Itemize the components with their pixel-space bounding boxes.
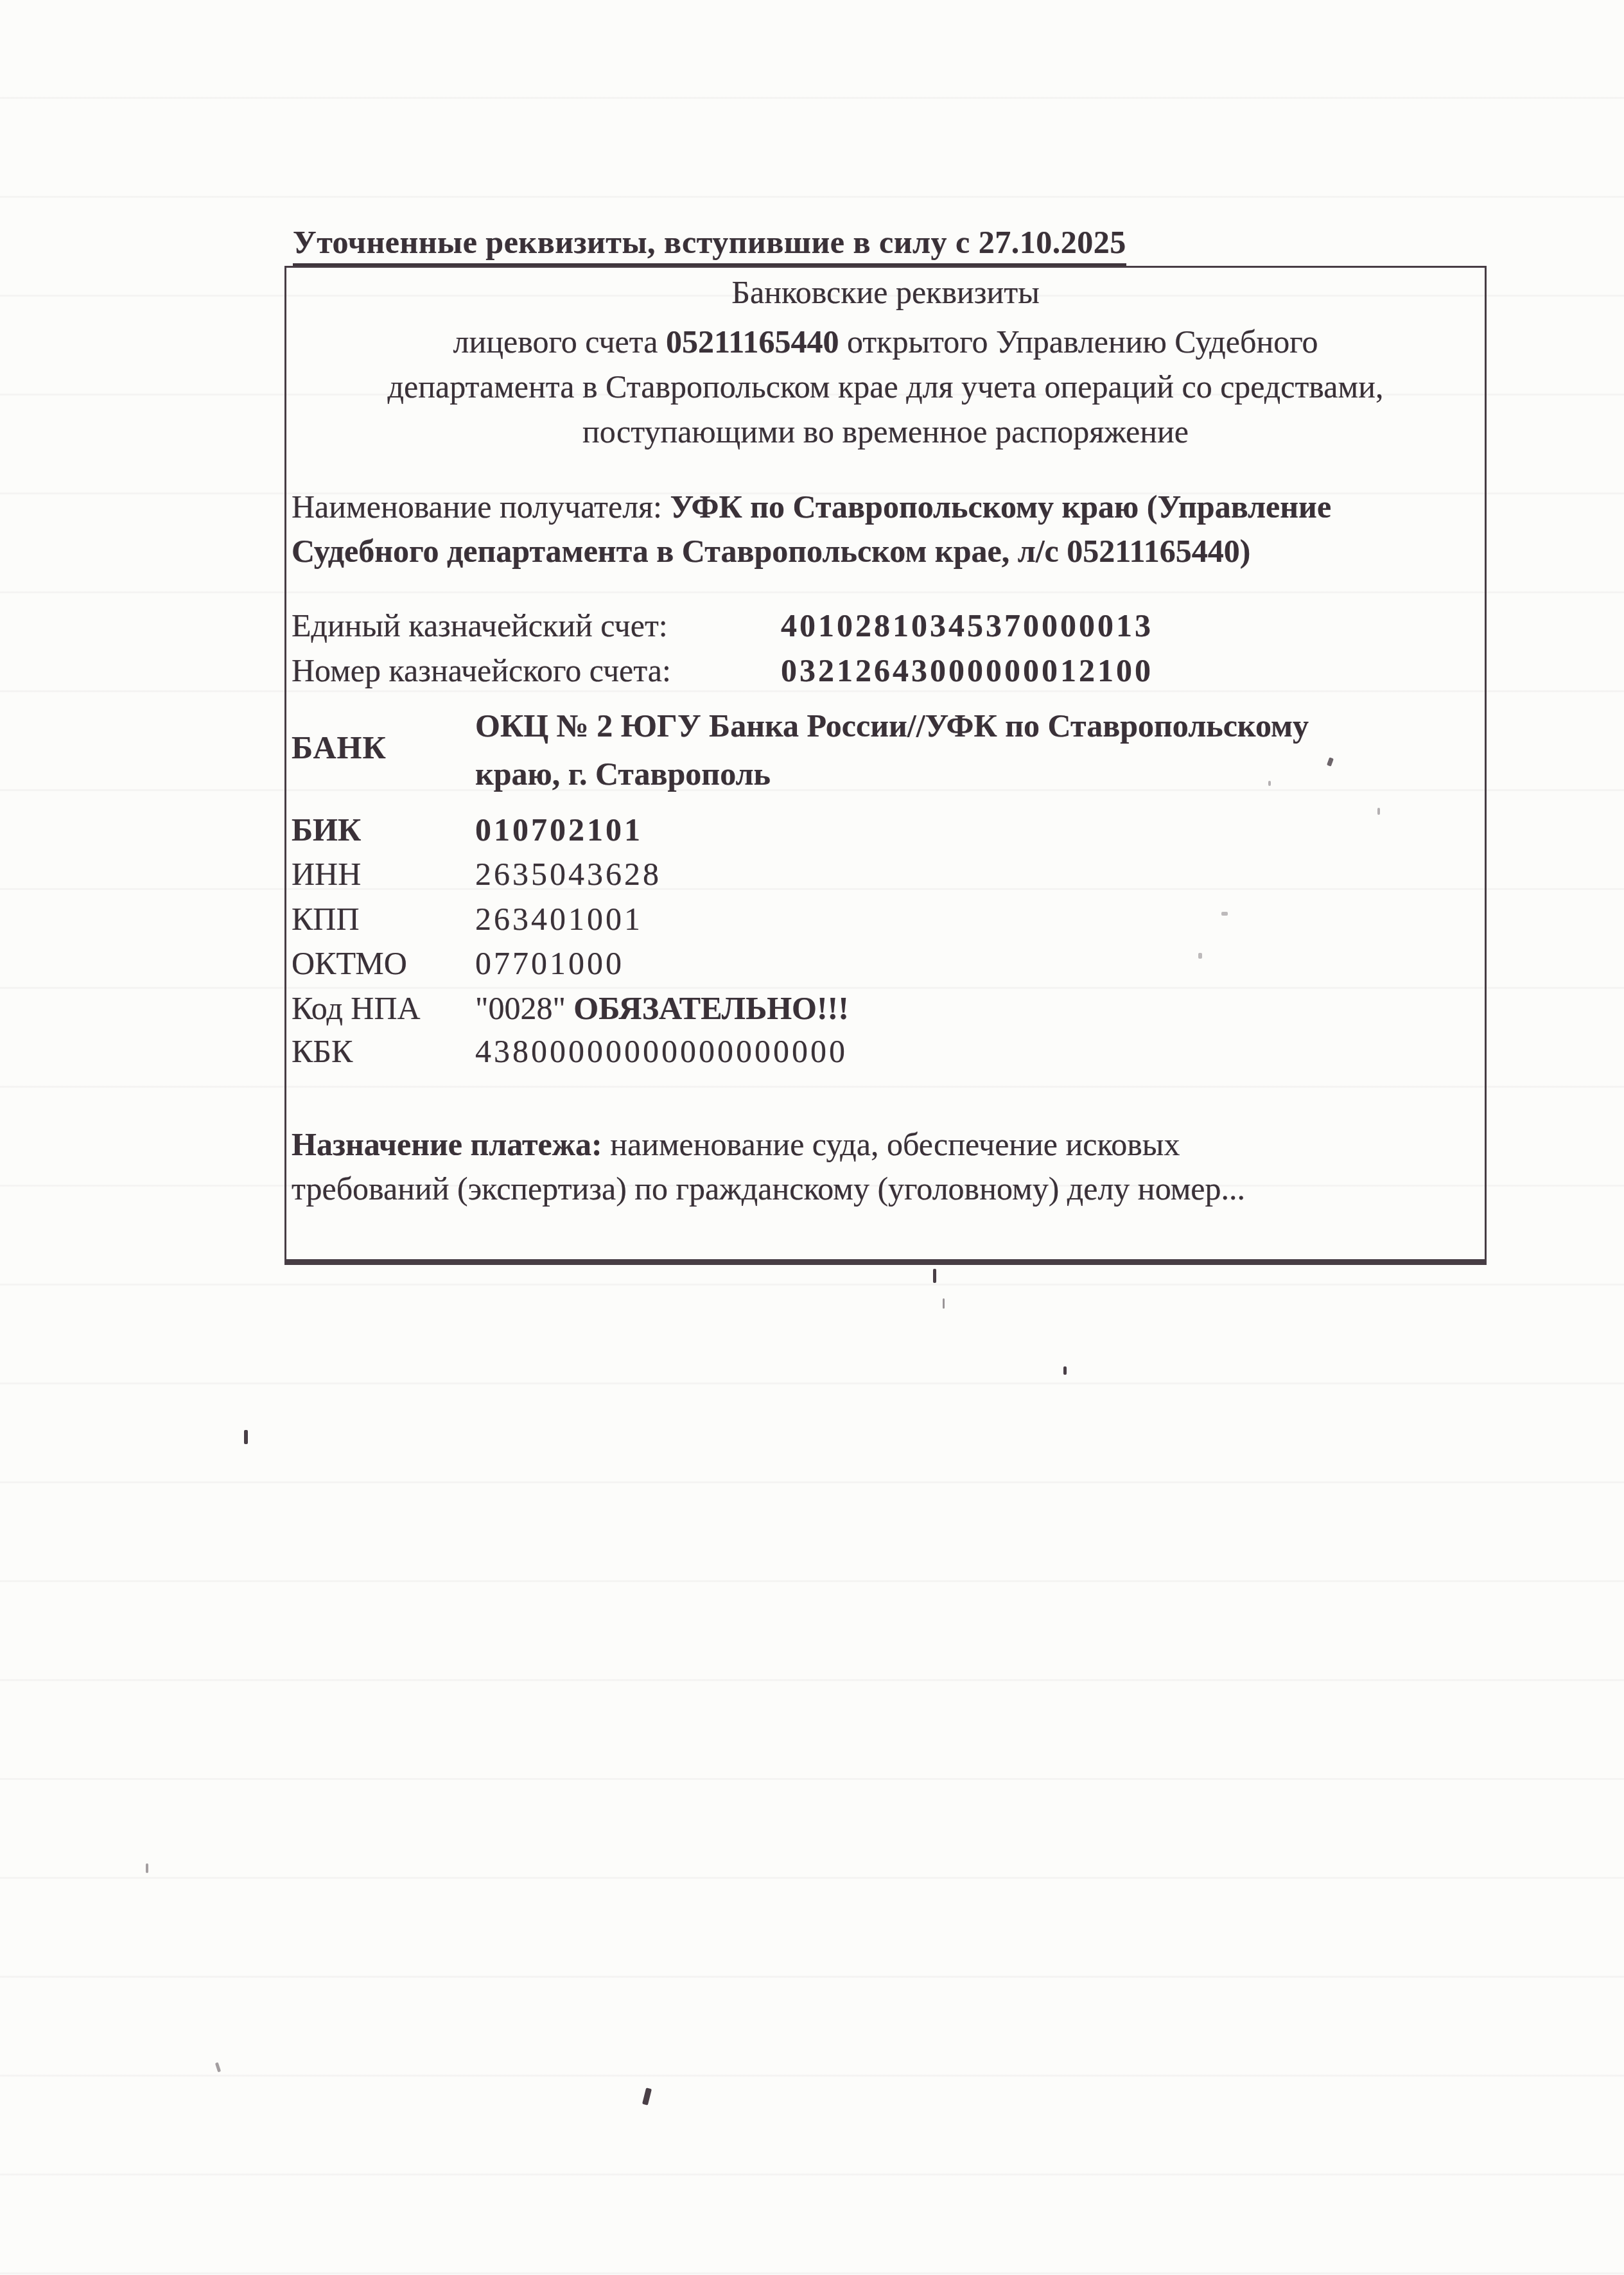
recipient-value-line-1: УФК по Ставропольскому краю (Управление	[670, 489, 1331, 525]
recipient-block: Наименование получателя: УФК по Ставропо…	[292, 485, 1331, 573]
bank-value-line-2: краю, г. Ставрополь	[475, 750, 1309, 798]
scan-speck	[943, 1298, 945, 1309]
recipient-line-1: Наименование получателя: УФК по Ставропо…	[292, 485, 1331, 529]
recipient-label: Наименование получателя:	[292, 489, 670, 525]
intro-line-1: лицевого счета 05211165440 открытого Упр…	[286, 319, 1485, 364]
code-row-inn: ИНН 2635043628	[292, 855, 1478, 893]
scan-speck	[933, 1269, 936, 1283]
intro-paragraph: лицевого счета 05211165440 открытого Упр…	[286, 319, 1485, 454]
treasury-account-row: Номер казначейского счета: 0321264300000…	[292, 652, 1478, 689]
bank-value-line-1: ОКЦ № 2 ЮГУ Банка России//УФК по Ставроп…	[475, 702, 1309, 750]
intro-line-3: поступающими во временное распоряжение	[286, 409, 1485, 454]
code-value: 263401001	[475, 900, 643, 937]
code-row-kpp: КПП 263401001	[292, 900, 1478, 937]
code-value: 07701000	[475, 945, 624, 982]
scan-speck	[244, 1430, 248, 1444]
treasury-account-label: Единый казначейский счет:	[292, 607, 668, 643]
scan-speck	[642, 2088, 652, 2105]
personal-account-number: 05211165440	[666, 324, 839, 360]
code-label: ОКТМО	[292, 945, 407, 981]
document-title-text: Уточненные реквизиты, вступившие в силу …	[293, 223, 1126, 266]
code-row-bik: БИК 010702101	[292, 811, 1478, 848]
code-label: ИНН	[292, 856, 361, 892]
code-row-oktmo: ОКТМО 07701000	[292, 945, 1478, 982]
scanned-document-page: Уточненные реквизиты, вступившие в силу …	[0, 0, 1624, 2275]
treasury-account-label: Номер казначейского счета:	[292, 652, 671, 688]
purpose-line-1: Назначение платежа: наименование суда, о…	[292, 1122, 1245, 1167]
scan-speck	[215, 2062, 221, 2073]
code-label: БИК	[292, 812, 361, 848]
treasury-account-value: 40102810345370000013	[781, 607, 1153, 644]
scan-speck	[146, 1863, 148, 1873]
code-label: КБК	[292, 1033, 353, 1069]
document-title: Уточненные реквизиты, вступившие в силу …	[293, 223, 1126, 266]
recipient-value-line-2: Судебного департамента в Ставропольском …	[292, 529, 1331, 573]
treasury-account-row: Единый казначейский счет: 40102810345370…	[292, 607, 1478, 644]
payment-purpose-block: Назначение платежа: наименование суда, о…	[292, 1122, 1245, 1211]
code-row-kbk: КБК 43800000000000000000	[292, 1033, 1478, 1070]
purpose-line-2: требований (экспертиза) по гражданскому …	[292, 1167, 1245, 1211]
code-value: "0028" ОБЯЗАТЕЛЬНО!!!	[475, 989, 849, 1027]
bank-label: БАНК	[292, 729, 387, 766]
treasury-account-value: 03212643000000012100	[781, 652, 1153, 689]
code-label: КПП	[292, 901, 360, 937]
box-heading: Банковские реквизиты	[286, 274, 1485, 310]
scan-speck	[1063, 1366, 1067, 1375]
code-label: Код НПА	[292, 990, 421, 1026]
bank-details-box: Банковские реквизиты лицевого счета 0521…	[284, 266, 1487, 1265]
purpose-label: Назначение платежа:	[292, 1126, 602, 1162]
code-row-npa: Код НПА "0028" ОБЯЗАТЕЛЬНО!!!	[292, 989, 1478, 1027]
intro-line-2: департамента в Ставропольском крае для у…	[286, 364, 1485, 409]
code-value: 2635043628	[475, 855, 661, 893]
code-value: 43800000000000000000	[475, 1033, 848, 1070]
bank-value: ОКЦ № 2 ЮГУ Банка России//УФК по Ставроп…	[475, 702, 1309, 798]
code-value: 010702101	[475, 811, 643, 848]
mandatory-note: ОБЯЗАТЕЛЬНО!!!	[573, 990, 849, 1026]
